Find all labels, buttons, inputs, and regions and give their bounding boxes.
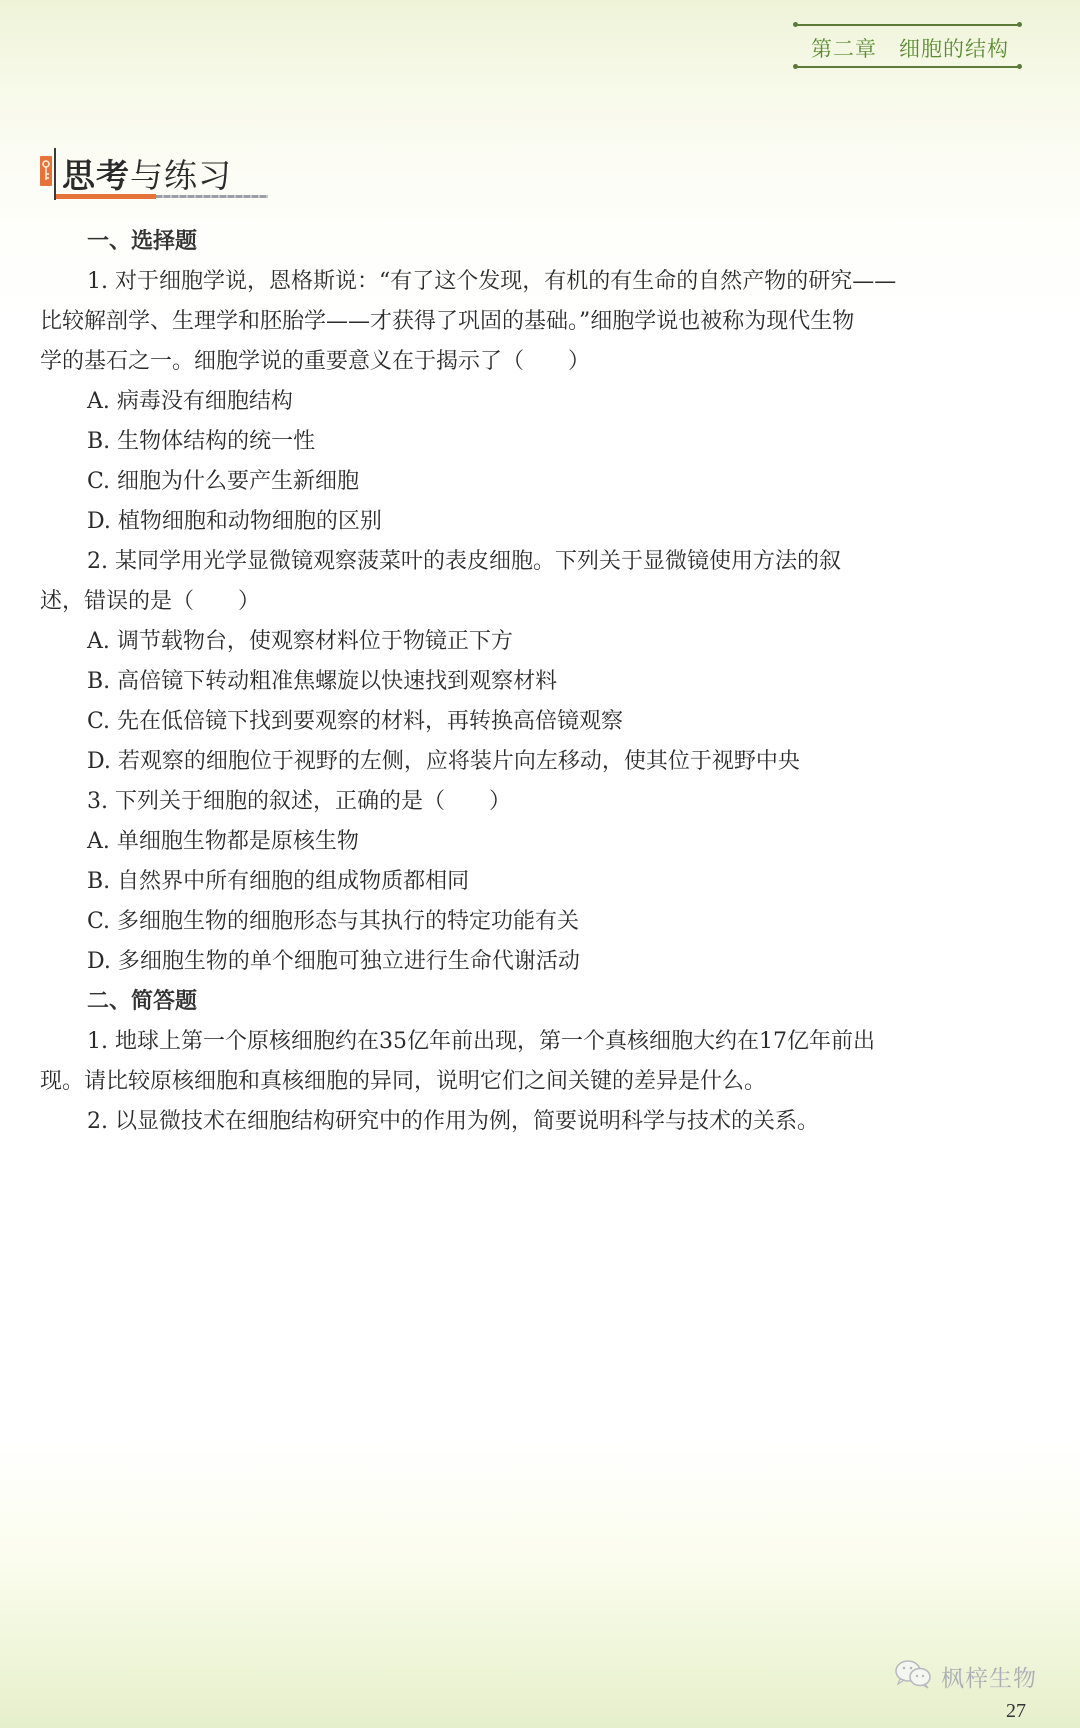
wechat-icon [893,1659,933,1693]
option-a: A. 调节载物台，使观察材料位于物镜正下方 [40,622,1030,662]
section-title-light: 与练习 [130,156,232,195]
question-text: 2. 以显微技术在细胞结构研究中的作用为例，简要说明科学与技术的关系。 [40,1102,1030,1142]
watermark-text: 枫梓生物 [941,1660,1037,1693]
short-answer-1: 1. 地球上第一个原核细胞约在35亿年前出现，第一个真核细胞大约在17亿年前出 … [40,1022,1030,1102]
watermark: 枫梓生物 [893,1659,1037,1693]
question-3: 3. 下列关于细胞的叙述，正确的是（ ） A. 单细胞生物都是原核生物 B. 自… [40,782,1030,982]
option-a: A. 单细胞生物都是原核生物 [40,822,1030,862]
question-text: 比较解剖学、生理学和胚胎学——才获得了巩固的基础。”细胞学说也被称为现代生物 [40,302,1030,342]
option-c: C. 细胞为什么要产生新细胞 [40,462,1030,502]
option-b: B. 生物体结构的统一性 [40,422,1030,462]
section-title: 思考与练习 [62,150,232,197]
part2-heading: 二、简答题 [40,982,1030,1022]
section-divider [54,148,56,200]
option-d: D. 若观察的细胞位于视野的左侧，应将装片向左移动，使其位于视野中央 [40,742,1030,782]
question-text: 3. 下列关于细胞的叙述，正确的是（ ） [40,782,1030,822]
question-text: 学的基石之一。细胞学说的重要意义在于揭示了（ ） [40,342,1030,382]
question-2: 2. 某同学用光学显微镜观察菠菜叶的表皮细胞。下列关于显微镜使用方法的叙 述，错… [40,542,1030,782]
option-d: D. 多细胞生物的单个细胞可独立进行生命代谢活动 [40,942,1030,982]
section-title-bold: 思考 [62,156,130,195]
short-answer-2: 2. 以显微技术在细胞结构研究中的作用为例，简要说明科学与技术的关系。 [40,1102,1030,1142]
option-b: B. 高倍镜下转动粗准焦螺旋以快速找到观察材料 [40,662,1030,702]
section-underline-dashed [156,195,268,198]
chapter-header: 第二章 细胞的结构 [795,22,1025,70]
exercise-content: 一、选择题 1. 对于细胞学说，恩格斯说：“有了这个发现，有机的有生命的自然产物… [40,222,1030,1142]
option-a: A. 病毒没有细胞结构 [40,382,1030,422]
part1-heading: 一、选择题 [40,222,1030,262]
question-text: 现。请比较原核细胞和真核细胞的异同，说明它们之间关键的差异是什么。 [40,1062,1030,1102]
header-rule-top [795,24,1020,26]
key-icon [40,156,52,186]
question-text: 述，错误的是（ ） [40,582,1030,622]
header-rule-bottom [795,66,1020,68]
question-text: 1. 对于细胞学说，恩格斯说：“有了这个发现，有机的有生命的自然产物的研究—— [40,262,1030,302]
option-c: C. 先在低倍镜下找到要观察的材料，再转换高倍镜观察 [40,702,1030,742]
chapter-title: 第二章 细胞的结构 [811,33,1009,63]
option-b: B. 自然界中所有细胞的组成物质都相同 [40,862,1030,902]
section-underline-accent [56,194,156,199]
section-heading: 思考与练习 [36,148,256,200]
page-number: 27 [1006,1700,1026,1723]
question-1: 1. 对于细胞学说，恩格斯说：“有了这个发现，有机的有生命的自然产物的研究—— … [40,262,1030,542]
option-c: C. 多细胞生物的细胞形态与其执行的特定功能有关 [40,902,1030,942]
question-text: 2. 某同学用光学显微镜观察菠菜叶的表皮细胞。下列关于显微镜使用方法的叙 [40,542,1030,582]
question-text: 1. 地球上第一个原核细胞约在35亿年前出现，第一个真核细胞大约在17亿年前出 [40,1022,1030,1062]
option-d: D. 植物细胞和动物细胞的区别 [40,502,1030,542]
